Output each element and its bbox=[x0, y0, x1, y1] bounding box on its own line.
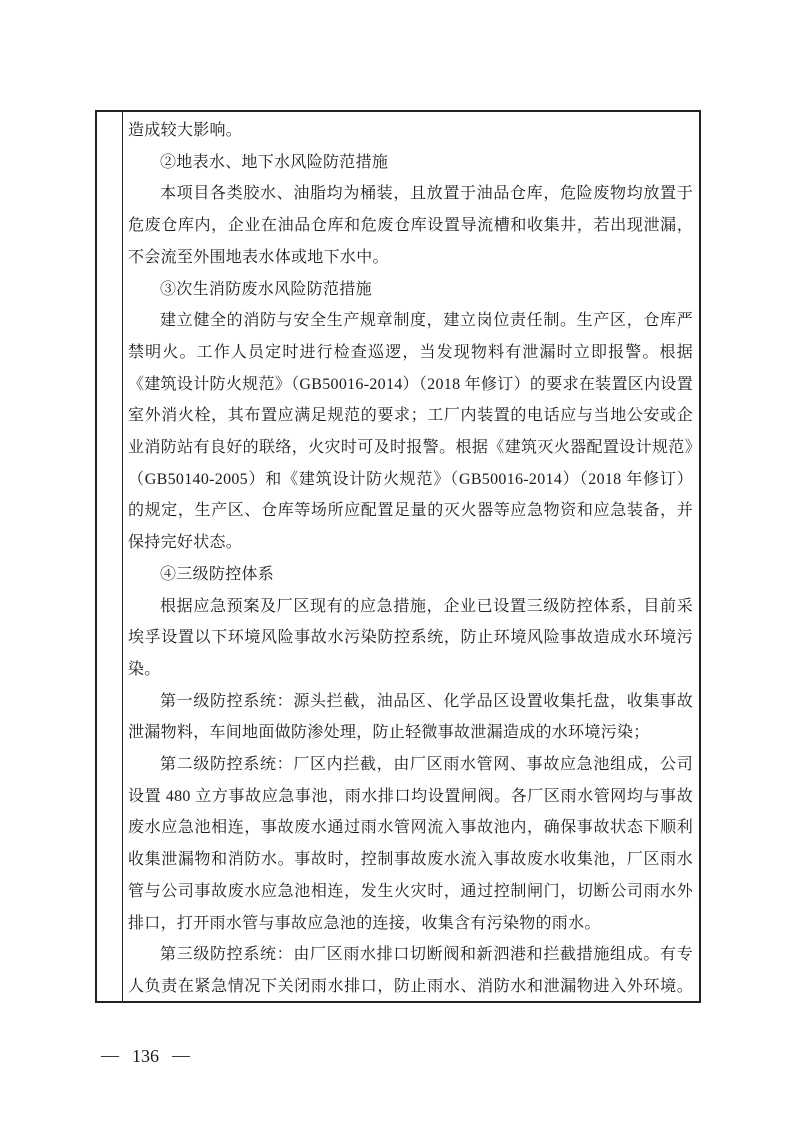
paragraph-first-level-control: 第一级防控系统：源头拦截，油品区、化学品区设置收集托盘，收集事故泄漏物料，车间地… bbox=[128, 686, 693, 749]
footer-right-dash: — bbox=[172, 1045, 190, 1066]
paragraph-third-level-control: 第三级防控系统：由厂区雨水排口切断阀和新泗港和拦截措施组成。有专人负责在紧急情况… bbox=[128, 939, 693, 1001]
document-page: 造成较大影响。 ②地表水、地下水风险防范措施 本项目各类胶水、油脂均为桶装，且放… bbox=[0, 0, 793, 1122]
paragraph-second-level-control: 第二级防控系统：厂区内拦截，由厂区雨水管网、事故应急池组成，公司设置 480 立… bbox=[128, 749, 693, 939]
page-footer: — 136 — bbox=[101, 1046, 190, 1067]
table-content-cell: 造成较大影响。 ②地表水、地下水风险防范措施 本项目各类胶水、油脂均为桶装，且放… bbox=[123, 112, 699, 1001]
paragraph-emergency-plan-overview: 根据应急预案及厂区现有的应急措施，企业已设置三级防控体系，目前采埃孚设置以下环境… bbox=[128, 591, 693, 686]
table-cell-frame: 造成较大影响。 ②地表水、地下水风险防范措施 本项目各类胶水、油脂均为桶装，且放… bbox=[95, 110, 701, 1003]
paragraph-continuation: 造成较大影响。 bbox=[128, 115, 693, 147]
table-left-stub-column bbox=[97, 112, 123, 1001]
page-number: 136 bbox=[132, 1046, 159, 1067]
heading-surface-groundwater-measures: ②地表水、地下水风险防范措施 bbox=[128, 147, 693, 179]
footer-left-dash: — bbox=[101, 1045, 119, 1066]
paragraph-storage-measures: 本项目各类胶水、油脂均为桶装，且放置于油品仓库，危险废物均放置于危废仓库内，企业… bbox=[128, 178, 693, 273]
heading-three-level-control-system: ④三级防控体系 bbox=[128, 559, 693, 591]
paragraph-fire-safety-system: 建立健全的消防与安全生产规章制度，建立岗位责任制。生产区，仓库严禁明火。工作人员… bbox=[128, 305, 693, 559]
heading-fire-wastewater-measures: ③次生消防废水风险防范措施 bbox=[128, 274, 693, 306]
